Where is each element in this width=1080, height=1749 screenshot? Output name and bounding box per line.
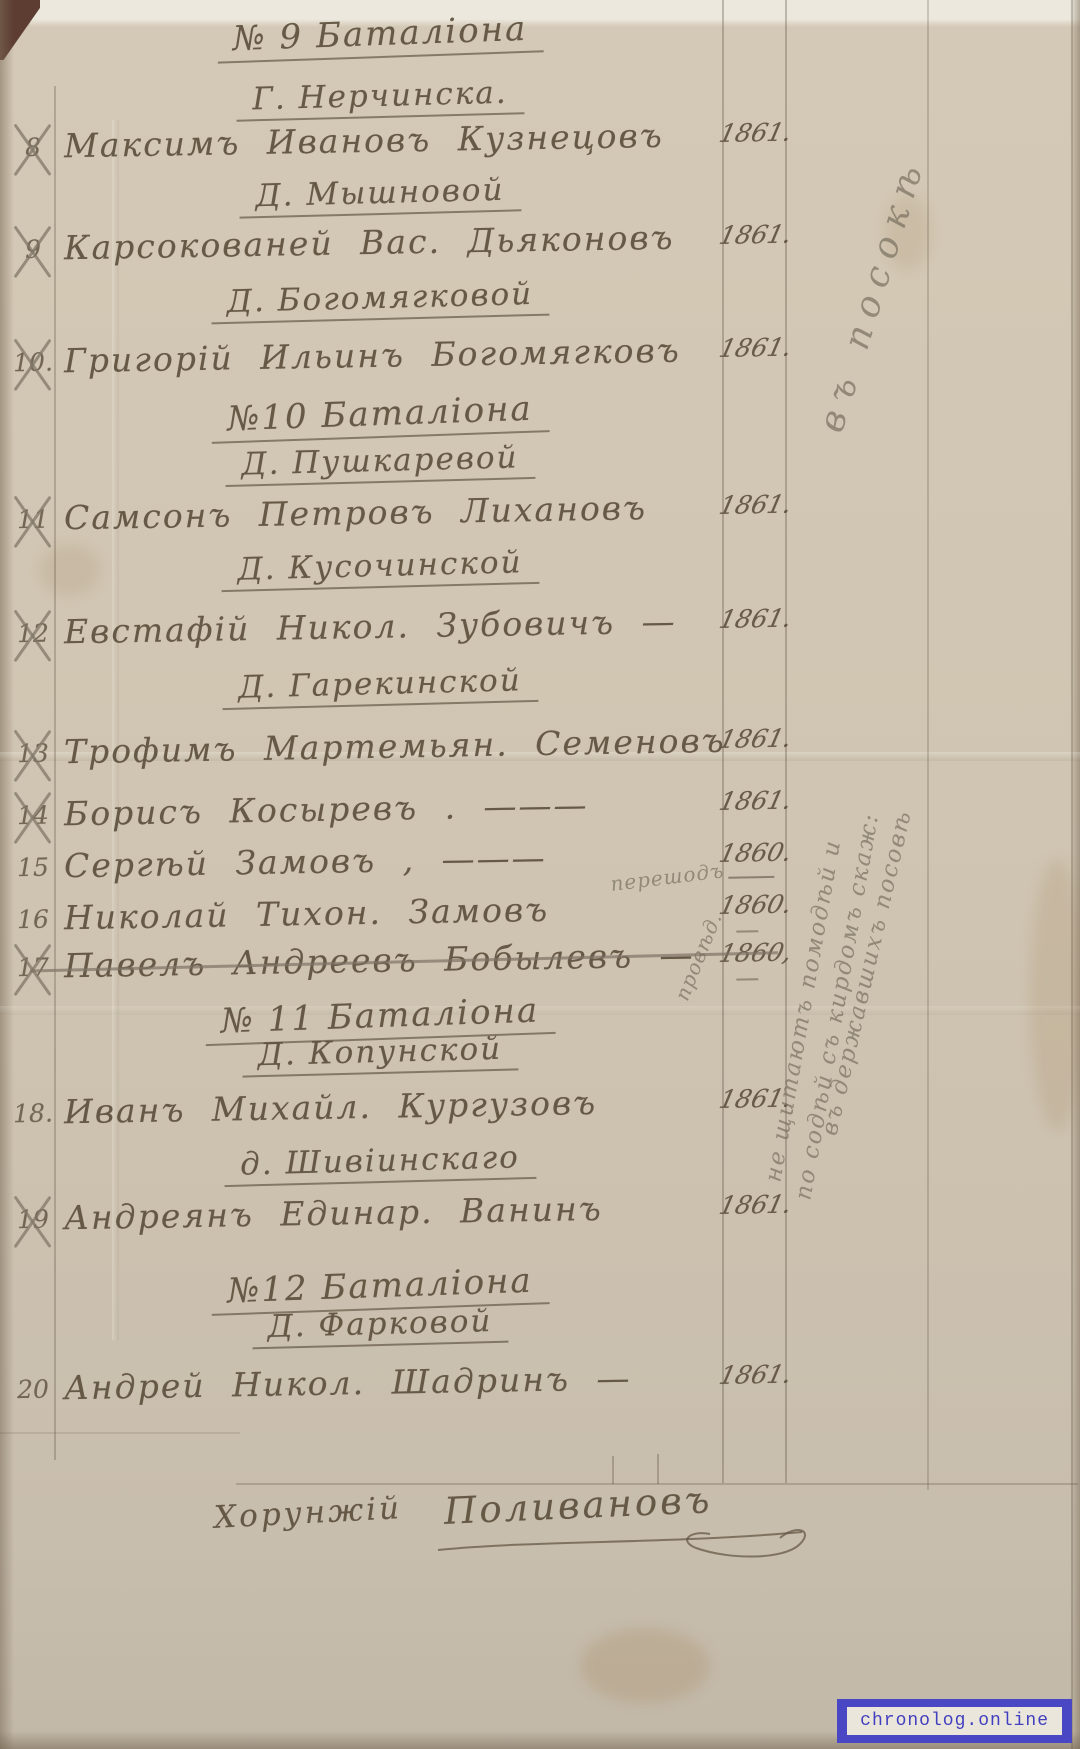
watermark-frame: chronolog.online (837, 1699, 1072, 1743)
pencil-annotation: въ посокѣ (811, 151, 934, 437)
pencil-annotation: провѣд. (670, 909, 727, 1004)
signature-flourish (430, 1498, 810, 1578)
scanned-archival-document: { "page": { "description": "Рукописный а… (0, 0, 1080, 1749)
pencil-annotation: перешодъ (609, 858, 725, 896)
watermark-text: chronolog.online (847, 1707, 1062, 1735)
